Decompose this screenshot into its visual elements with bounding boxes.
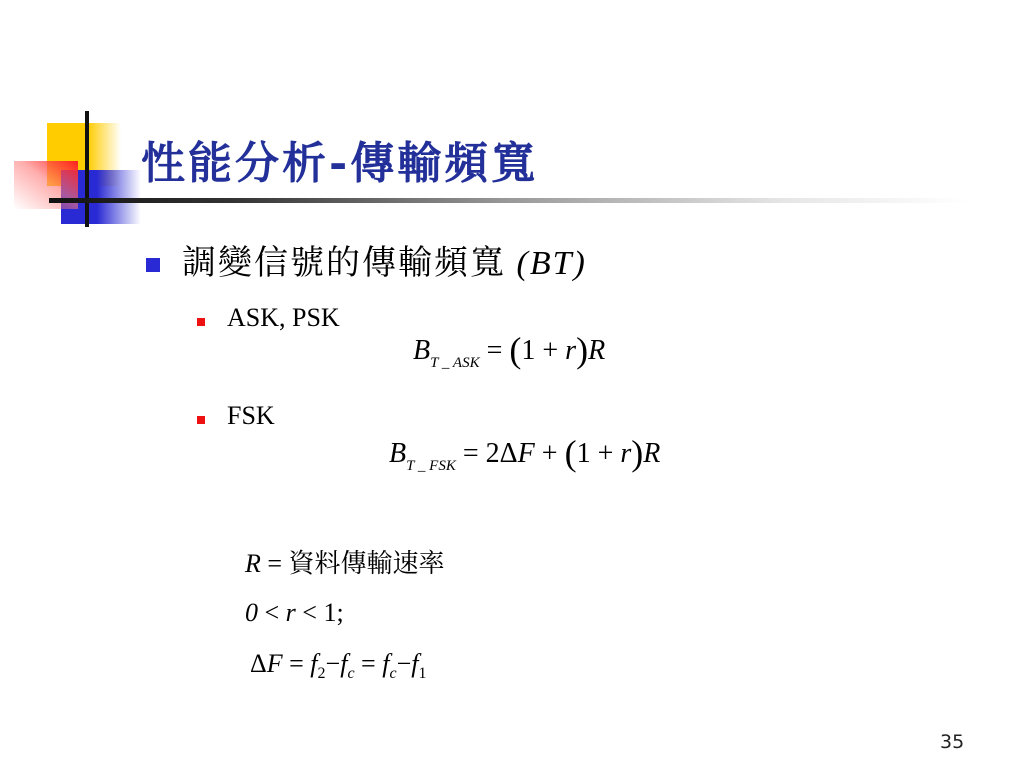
eq-var: B: [389, 438, 406, 469]
eq-paren: (: [565, 433, 577, 473]
equation-ask-bandwidth: BT _ ASK = (1 + r)R: [413, 330, 605, 383]
definition-data-rate: R = 資料傳輸速率: [245, 547, 445, 581]
eq-equals: =: [456, 438, 486, 469]
def-text: <: [258, 598, 286, 627]
eq-num: 1: [577, 438, 591, 469]
eq-plus: +: [535, 438, 565, 469]
eq-num: 1: [521, 335, 535, 366]
eq-sub: T _ FSK: [406, 458, 456, 474]
eq-var: R: [588, 335, 605, 366]
eq-paren: ): [631, 433, 643, 473]
slide-title: 性能分析-傳輸頻寬: [141, 138, 538, 190]
def-sub: 1: [418, 665, 426, 682]
bullet-ask-psk: ASK, PSK: [227, 302, 340, 334]
eq-var: R: [643, 438, 660, 469]
decor-vertical-line: [85, 111, 89, 227]
def-minus: −: [397, 649, 412, 678]
def-delta: Δ: [250, 649, 267, 678]
bullet-fsk: FSK: [227, 400, 275, 432]
def-sub: c: [389, 665, 396, 682]
bullet-text: 調變信號的傳輸頻寬: [182, 245, 517, 282]
def-sub: 2: [318, 665, 326, 682]
bullet-square-icon: [197, 416, 205, 424]
def-var: F: [267, 649, 283, 678]
eq-var: r: [565, 335, 576, 366]
def-text: = 資料傳輸速率: [261, 549, 445, 578]
bullet-square-icon: [197, 318, 205, 326]
eq-coef: 2Δ: [486, 438, 518, 469]
def-var: 0: [245, 598, 258, 627]
def-var: r: [286, 598, 296, 627]
def-sub: c: [347, 665, 354, 682]
definition-delta-f: ΔF = f2−fc = fc−f1: [250, 647, 426, 691]
def-equals: =: [283, 649, 311, 678]
eq-paren: ): [576, 330, 588, 370]
title-underline: [49, 198, 969, 203]
def-minus: −: [326, 649, 341, 678]
bullet-square-icon: [146, 258, 160, 272]
bullet-bandwidth: 調變信號的傳輸頻寬 (BT): [182, 242, 587, 286]
eq-paren: (: [509, 330, 521, 370]
eq-var: r: [620, 438, 631, 469]
eq-equals: =: [480, 335, 510, 366]
def-var: R: [245, 549, 261, 578]
eq-plus: +: [591, 438, 621, 469]
def-var: f: [310, 649, 317, 678]
eq-var: B: [413, 335, 430, 366]
definition-r-range: 0 < r < 1;: [245, 596, 344, 630]
equation-fsk-bandwidth: BT _ FSK = 2ΔF + (1 + r)R: [389, 433, 660, 486]
eq-plus: +: [535, 335, 565, 366]
eq-var: F: [518, 438, 535, 469]
def-text: < 1;: [296, 598, 344, 627]
eq-sub: T _ ASK: [430, 355, 479, 371]
page-number: 35: [940, 731, 964, 753]
bullet-italic-suffix: (BT): [517, 245, 587, 282]
def-equals: =: [355, 649, 383, 678]
